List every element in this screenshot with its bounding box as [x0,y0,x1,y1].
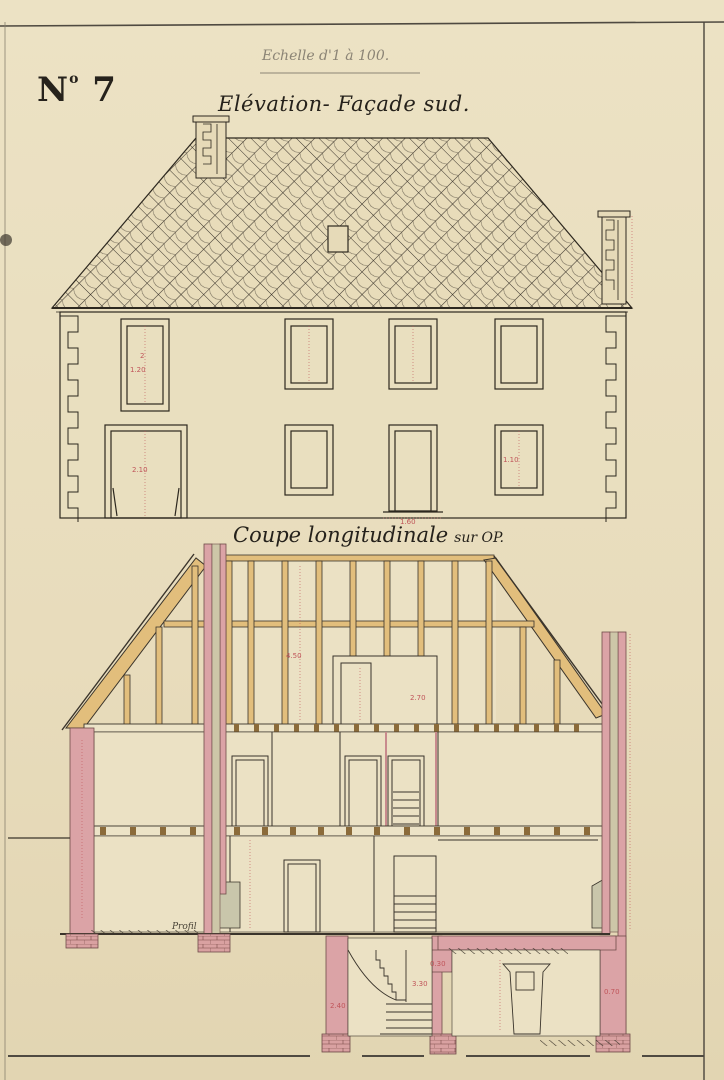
dimension-label: 2 [140,352,144,360]
scale-note: Echelle d'1 à 100. [262,48,389,64]
dimension-label: 2.10 [132,466,148,474]
elevation-title: Elévation- Façade sud. [218,92,470,116]
chimney-right [598,211,630,304]
dimension-label: 0.70 [604,988,620,996]
plate-number-value: 7 [92,70,117,110]
drawing-sheet: No 7 Echelle d'1 à 100. Elévation- Façad… [0,0,724,1080]
section-title: Coupe longitudinalesur OP. [233,523,504,547]
section-title-main: Coupe longitudinale [233,523,448,547]
dimension-label: 2.40 [330,1002,346,1010]
rafter-left [66,558,206,728]
rafter-right [484,558,606,718]
roof-slate [52,138,632,308]
dimension-label: 3.30 [412,980,428,988]
dimension-label: 4.50 [286,652,302,660]
ground-profile-label: Profil [172,922,197,932]
section-title-sub: sur OP. [454,530,504,546]
longitudinal-section [8,544,704,1056]
attic-floor [84,724,604,732]
roof-skylight [328,226,348,252]
dimension-label: 2.70 [410,694,426,702]
facade-wall [60,312,626,518]
plate-number: No 7 [37,70,117,110]
plate-number-prefix: N [37,70,69,110]
frame-top-line [0,22,724,26]
dimension-label: 1.20 [130,366,146,374]
chimney-left [193,116,229,178]
dimension-label: 1.60 [400,518,416,526]
dimension-label: 1.10 [503,456,519,464]
elevation-facade [52,116,632,522]
plate-number-suffix: o [69,71,79,87]
dimension-label: 0.30 [430,960,446,968]
